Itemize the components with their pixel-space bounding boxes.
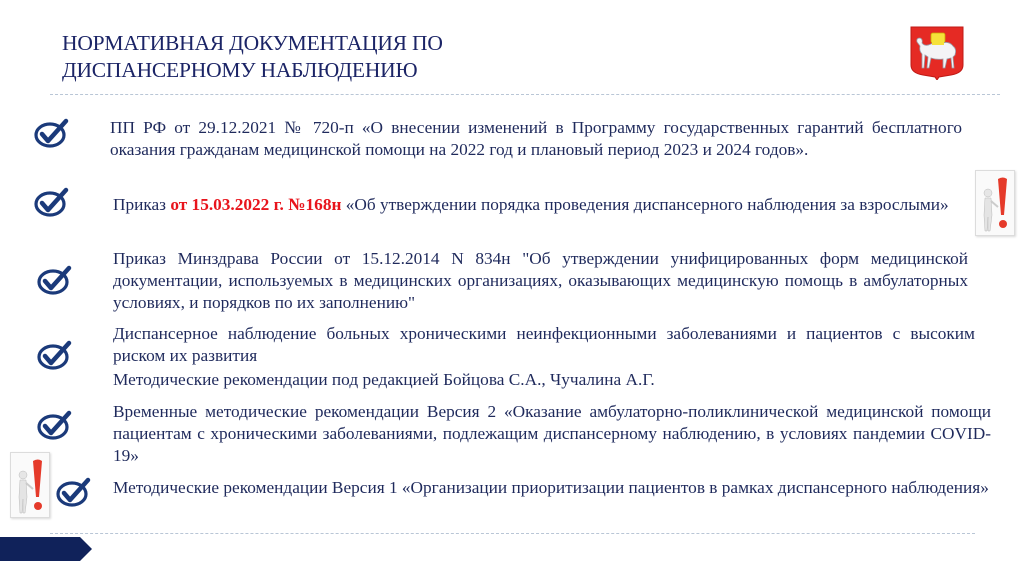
document-item-2: Приказ от 15.03.2022 г. №168н «Об утверж… xyxy=(113,194,968,216)
document-item-6: Методические рекомендации Версия 1 «Орга… xyxy=(113,477,991,499)
document-item-text: Временные методические рекомендации Верс… xyxy=(113,402,991,465)
page-title-line-2: ДИСПАНСЕРНОМУ НАБЛЮДЕНИЮ xyxy=(62,57,443,84)
footer-divider xyxy=(50,533,975,534)
coat-of-arms-icon xyxy=(909,25,965,80)
document-item-highlight: от 15.03.2022 г. №168н xyxy=(170,195,341,214)
check-circle-icon xyxy=(33,187,71,217)
page-title: НОРМАТИВНАЯ ДОКУМЕНТАЦИЯ ПО ДИСПАНСЕРНОМ… xyxy=(62,30,443,84)
document-item-prefix: Приказ xyxy=(113,195,170,214)
document-item-text: Приказ Минздрава России от 15.12.2014 N … xyxy=(113,249,968,312)
check-circle-icon xyxy=(55,477,93,507)
document-item-4-subtext: Методические рекомендации под редакцией … xyxy=(113,369,975,391)
header-divider xyxy=(50,94,1000,95)
person-exclamation-icon xyxy=(10,452,50,518)
document-item-suffix: «Об утверждении порядка проведения диспа… xyxy=(341,195,948,214)
footer-arrow-bar xyxy=(0,537,92,561)
check-circle-icon xyxy=(36,265,74,295)
check-circle-icon xyxy=(33,118,71,148)
document-item-text: Методические рекомендации Версия 1 «Орга… xyxy=(113,478,989,497)
document-item-3: Приказ Минздрава России от 15.12.2014 N … xyxy=(113,248,968,314)
document-item-5: Временные методические рекомендации Верс… xyxy=(113,401,991,467)
document-item-4: Диспансерное наблюдение больных хроничес… xyxy=(113,323,975,367)
document-item-text: Диспансерное наблюдение больных хроничес… xyxy=(113,324,975,365)
check-circle-icon xyxy=(36,340,74,370)
person-exclamation-icon xyxy=(975,170,1015,236)
check-circle-icon xyxy=(36,410,74,440)
document-item-subtext: Методические рекомендации под редакцией … xyxy=(113,370,655,389)
document-item-text: ПП РФ от 29.12.2021 № 720-п «О внесении … xyxy=(110,118,962,159)
document-item-1: ПП РФ от 29.12.2021 № 720-п «О внесении … xyxy=(110,117,962,161)
page-title-line-1: НОРМАТИВНАЯ ДОКУМЕНТАЦИЯ ПО xyxy=(62,30,443,57)
